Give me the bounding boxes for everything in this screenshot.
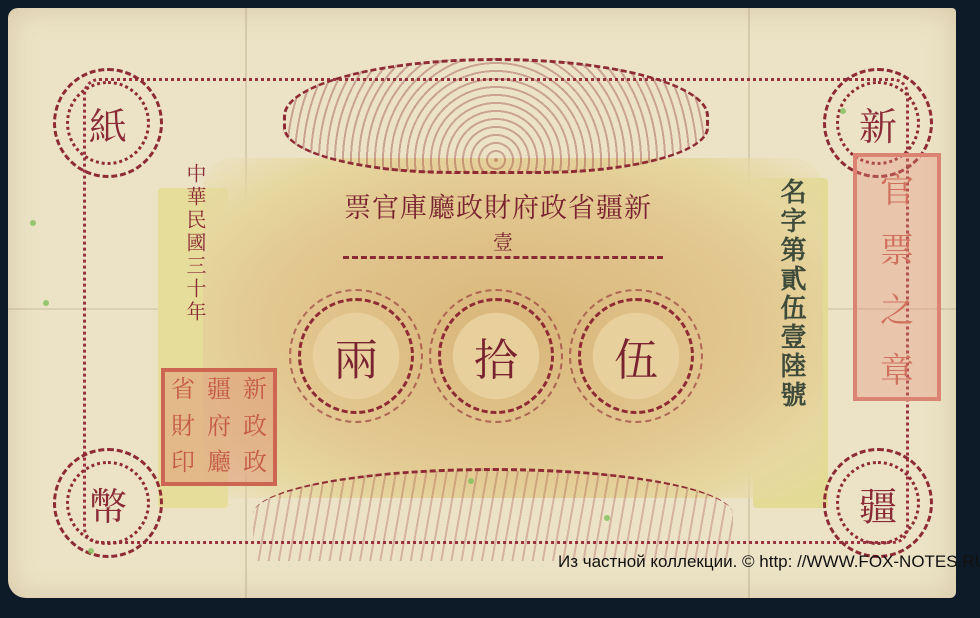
seal-char: 票 [880, 223, 914, 272]
green-speck [468, 478, 474, 484]
seal-char: 府 [201, 409, 237, 446]
seal-char: 廳 [201, 445, 237, 482]
denomination-char: 拾 [474, 324, 518, 388]
banknote: 紙 新 幣 疆 新疆省政府財政廳庫官票 壹 兩 拾 伍 中華民國三十年 名字第貳… [8, 8, 956, 598]
seal-char: 印 [165, 445, 201, 482]
seal-char: 政 [237, 445, 273, 482]
corner-char: 紙 [89, 96, 127, 151]
denomination-medallion: 兩 [298, 298, 414, 414]
seal-char: 政 [237, 409, 273, 446]
seal-char: 官 [880, 163, 914, 212]
green-speck [43, 300, 49, 306]
denomination-char: 伍 [614, 324, 658, 388]
green-speck [30, 220, 36, 226]
official-seal-right: 官 票 之 章 [853, 153, 941, 401]
top-floral-ornament [283, 58, 709, 174]
corner-char: 幣 [89, 476, 127, 531]
issue-date: 中華民國三十年 [181, 163, 210, 393]
denomination-medallion: 拾 [438, 298, 554, 414]
green-speck [604, 515, 610, 521]
corner-medallion-bottom-left: 幣 [53, 448, 163, 558]
corner-char: 疆 [859, 476, 897, 531]
note-design-frame: 紙 新 幣 疆 新疆省政府財政廳庫官票 壹 兩 拾 伍 中華民國三十年 名字第貳… [53, 48, 933, 568]
sub-header: 壹 [343, 226, 663, 259]
bottom-floral-ornament [253, 468, 733, 561]
issuer-title: 新疆省政府財政廳庫官票 [298, 186, 698, 225]
denomination-char: 兩 [334, 324, 378, 388]
seal-char: 疆 [201, 372, 237, 409]
seal-char: 之 [880, 283, 914, 332]
serial-number: 名字第貳伍壹陸號 [773, 178, 810, 488]
watermark-caption: Из частной коллекции. © http: //WWW.FOX-… [558, 552, 980, 572]
corner-medallion-bottom-right: 疆 [823, 448, 933, 558]
green-speck [840, 108, 846, 114]
seal-char: 財 [165, 409, 201, 446]
seal-char: 省 [165, 372, 201, 409]
green-speck [88, 548, 94, 554]
corner-medallion-top-left: 紙 [53, 68, 163, 178]
official-seal-left: 新 疆 省 政 府 財 政 廳 印 [161, 368, 277, 486]
seal-char: 章 [880, 343, 914, 392]
denomination-medallion: 伍 [578, 298, 694, 414]
seal-char: 新 [237, 372, 273, 409]
corner-char: 新 [859, 96, 897, 151]
